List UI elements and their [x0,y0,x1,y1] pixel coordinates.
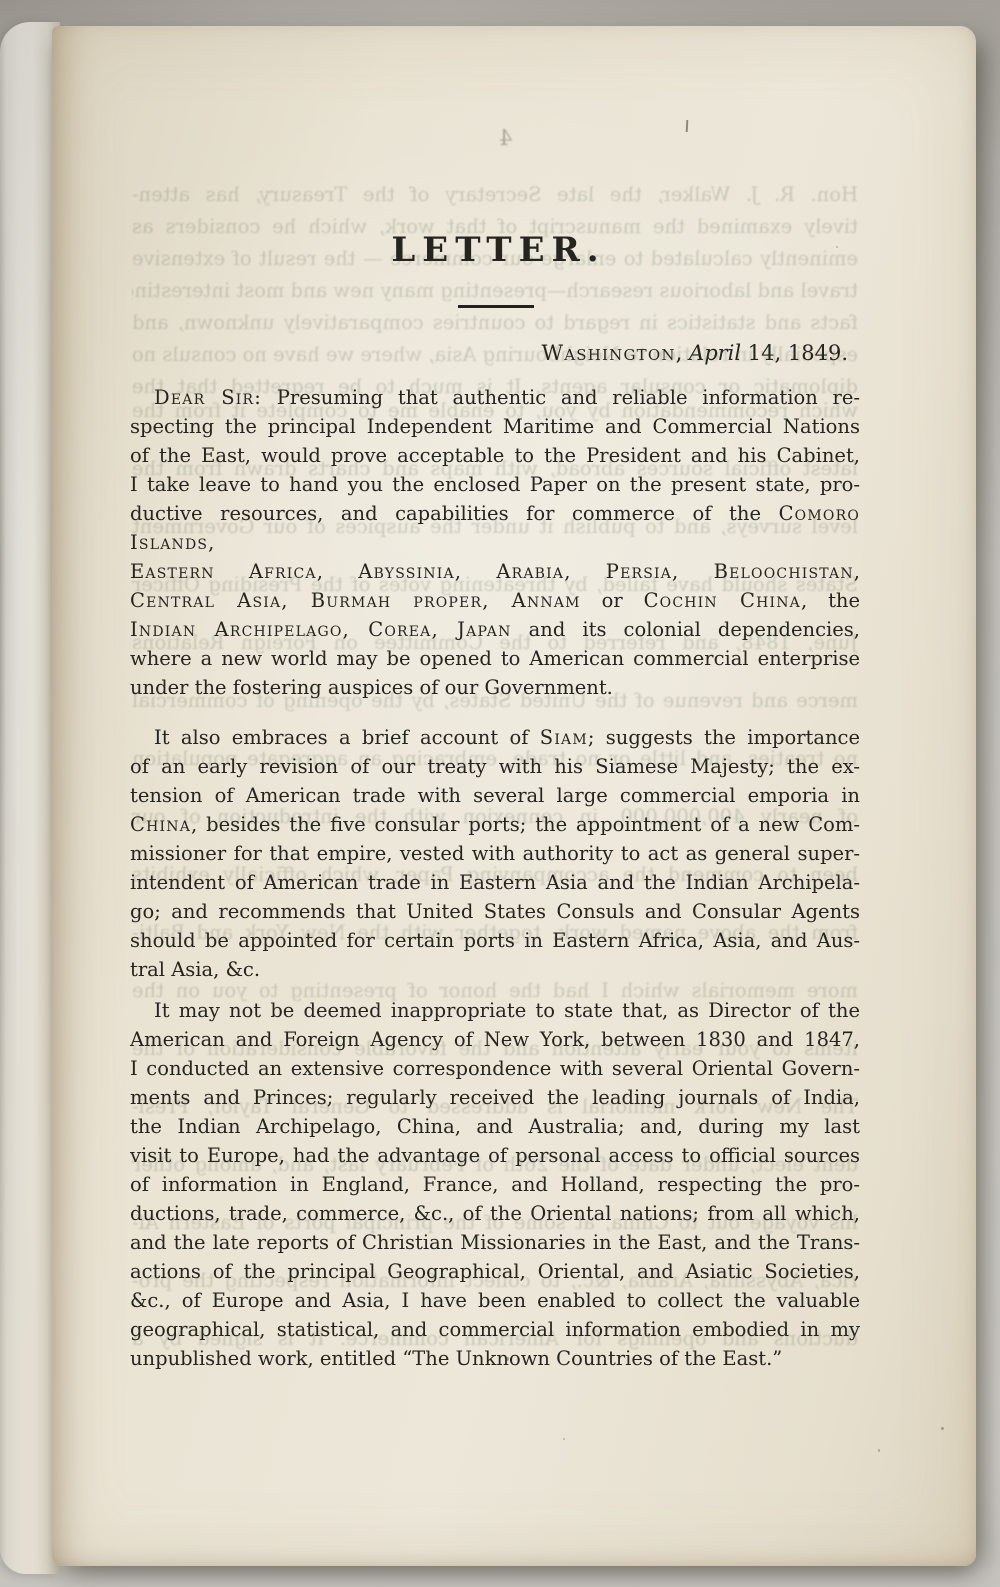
paragraph: Dear Sir: Presuming that authentic and r… [130,383,860,702]
paper-speck [836,246,838,248]
text-line: of an early revision of our treaty with … [130,752,860,781]
text-line: the Indian Archipelago, China, and Austr… [130,1112,860,1141]
smallcaps-text: Central Asia, Burmah proper, Annam [130,589,581,612]
smallcaps-text: Siam [540,726,588,749]
text-line: Dear Sir: Presuming that authentic and r… [130,383,860,412]
text-line: ductions, trade, commerce, &c., of the O… [130,1199,860,1228]
text: American and Foreign Agency of New York,… [130,1028,860,1051]
text-line: China, besides the five consular ports; … [130,810,860,839]
text: , the [801,589,860,612]
text-line: specting the principal Independent Marit… [130,412,860,441]
text-line: Eastern Africa, Abyssinia, Arabia, Persi… [130,557,860,586]
text-line: under the fostering auspices of our Gove… [130,673,860,702]
text: I take leave to hand you the enclosed Pa… [130,473,860,496]
smallcaps-text: China [130,813,191,836]
text: visit to Europe, had the advantage of pe… [130,1144,860,1167]
text-line: American and Foreign Agency of New York,… [130,1025,860,1054]
letter-body: Dear Sir: Presuming that authentic and r… [130,383,860,1373]
text: unpublished work, entitled “The Unknown … [130,1347,782,1370]
text: and its colonial dependencies, [512,618,860,641]
text: of information in England, France, and H… [130,1173,860,1196]
text-line: tral Asia, &c. [130,955,860,984]
text-line: intendent of American trade in Eastern A… [130,868,860,897]
text: 14, 1849. [741,341,848,365]
text-line: should be appointed for certain ports in… [130,926,860,955]
paper-speck [563,1438,565,1440]
text-line: actions of the principal Geographical, O… [130,1257,860,1286]
text-line: of information in England, France, and H… [130,1170,860,1199]
dateline: Washington, April 14, 1849. [130,338,860,368]
text: should be appointed for certain ports in… [130,929,860,952]
text-line: I take leave to hand you the enclosed Pa… [130,470,860,499]
text: It also embraces a brief account of [154,726,540,749]
text: ments and Princes; regularly received th… [130,1086,860,1109]
paragraph: It also embraces a brief account of Siam… [130,723,860,984]
text: I conducted an extensive correspondence … [130,1057,860,1080]
text-line: and the late reports of Christian Missio… [130,1228,860,1257]
text: tral Asia, &c. [130,958,260,981]
text-line: unpublished work, entitled “The Unknown … [130,1344,860,1373]
text-line: ductive resources, and capabilities for … [130,499,860,557]
text-line: It may not be deemed inappropriate to st… [130,996,860,1025]
text: specting the principal Independent Marit… [130,415,860,438]
text: ductions, trade, commerce, &c., of the O… [130,1202,860,1225]
smallcaps-text: Cochin China [644,589,801,612]
smallcaps-text: Dear Sir: [154,386,262,409]
text-line: ments and Princes; regularly received th… [130,1083,860,1112]
text: or [581,589,644,612]
text-line: It also embraces a brief account of Siam… [130,723,860,752]
paragraph: It may not be deemed inappropriate to st… [130,996,860,1373]
text: It may not be deemed inappropriate to st… [154,999,860,1022]
title-rule [458,305,534,308]
text: missioner for that empire, vested with a… [130,842,860,865]
smallcaps-text: Indian Archipelago, Corea, Japan [130,618,512,641]
text-line: &c., of Europe and Asia, I have been ena… [130,1286,860,1315]
text: ductive resources, and capabilities for … [130,502,779,525]
text: , [854,560,860,583]
text: , [208,531,214,554]
previous-page-edge [0,22,60,1574]
text-line: go; and recommends that United States Co… [130,897,860,926]
text: where a new world may be opened to Ameri… [130,647,860,670]
text: of the East, would prove acceptable to t… [130,444,860,467]
text: tension of American trade with several l… [130,784,860,807]
text: actions of the principal Geographical, O… [130,1260,860,1283]
paper-speck [941,1427,944,1430]
text-line: I conducted an extensive correspondence … [130,1054,860,1083]
text-line: geographical, statistical, and commercia… [130,1315,860,1344]
book-page: Hon. R. J. Walker, the late Secretary of… [52,26,976,1566]
text: under the fostering auspices of our Gove… [130,676,613,699]
paper-speck [506,1357,509,1361]
text: and the late reports of Christian Missio… [130,1231,860,1254]
italic-text: April [689,341,741,365]
text: ; suggests the importance [588,726,860,749]
text-line: of the East, would prove acceptable to t… [130,441,860,470]
text: of an early revision of our treaty with … [130,755,860,778]
text: , besides the five consular ports; the a… [191,813,860,836]
smallcaps-text: Washington [541,341,675,365]
text-line: missioner for that empire, vested with a… [130,839,860,868]
page-title: LETTER. [130,228,860,272]
text-line: where a new world may be opened to Ameri… [130,644,860,673]
text: , [676,341,689,365]
text: &c., of Europe and Asia, I have been ena… [130,1289,860,1312]
paper-speck [878,1449,880,1452]
text: go; and recommends that United States Co… [130,900,860,923]
text-line: visit to Europe, had the advantage of pe… [130,1141,860,1170]
text-line: Indian Archipelago, Corea, Japan and its… [130,615,860,644]
text: geographical, statistical, and commercia… [130,1318,860,1341]
text-line: tension of American trade with several l… [130,781,860,810]
letter-content: LETTER. Washington, April 14, 1849. Dear… [130,26,860,1566]
smallcaps-text: Eastern Africa, Abyssinia, Arabia, Persi… [130,560,854,583]
text: Presuming that authentic and reliable in… [262,386,860,409]
text: intendent of American trade in Eastern A… [130,871,860,894]
text: the Indian Archipelago, China, and Austr… [130,1115,860,1138]
text-line: Central Asia, Burmah proper, Annam or Co… [130,586,860,615]
